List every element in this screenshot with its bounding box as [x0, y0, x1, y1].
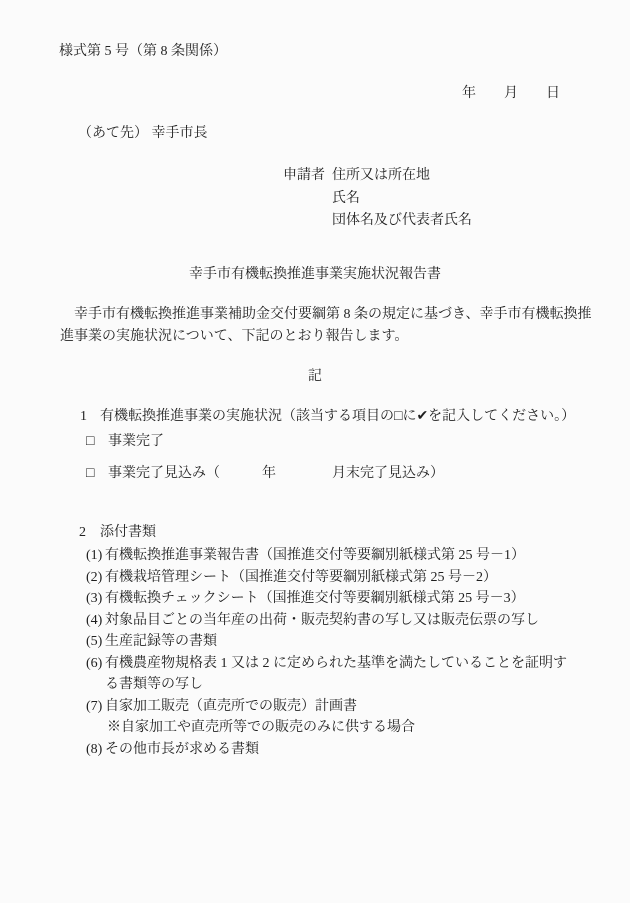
form-number: 様式第 5 号（第 8 条関係） — [59, 44, 227, 60]
checkbox-project-complete-label: 事業完了 — [108, 434, 164, 450]
applicant-label: 申請者 — [283, 168, 325, 184]
attachment-item-2-text: 有機栽培管理シート（国推進交付等要綱別紙様式第 25 号－2） — [105, 570, 497, 586]
attachment-item-6-continuation: る書類等の写し — [105, 677, 203, 693]
addressee: （あて先） 幸手市長 — [78, 126, 208, 142]
section1-heading: 有機転換推進事業の実施状況（該当する項目の□に✔を記入してください。） — [100, 409, 575, 425]
applicant-address-label: 住所又は所在地 — [332, 168, 430, 184]
body-paragraph-line-1: 幸手市有機転換推進事業補助金交付要綱第 8 条の規定に基づき、幸手市有機転換推 — [60, 307, 591, 323]
section1-number: 1 — [80, 409, 87, 425]
attachment-item-7-note: ※自家加工や直売所等での販売のみに供する場合 — [107, 720, 415, 736]
attachment-item-3-number: (3) — [86, 591, 102, 607]
section2-number: 2 — [79, 525, 86, 541]
applicant-org-label: 団体名及び代表者氏名 — [332, 213, 472, 229]
attachment-item-8-text: その他市長が求める書類 — [105, 742, 259, 758]
checkbox-expected-complete-label: 事業完了見込み（ 年 月末完了見込み） — [108, 466, 444, 482]
attachment-item-3-text: 有機転換チェックシート（国推進交付等要綱別紙様式第 25 号－3） — [105, 591, 525, 607]
attachment-item-5-number: (5) — [86, 634, 102, 650]
document-page: { "page": { "bg": "#fbfbfb", "ink": "#1f… — [0, 0, 630, 903]
attachment-item-7-text: 自家加工販売（直売所での販売）計画書 — [105, 699, 357, 715]
attachment-item-7-number: (7) — [86, 699, 102, 715]
applicant-name-label: 氏名 — [332, 191, 360, 207]
attachment-item-6-text: 有機農産物規格表 1 又は 2 に定められた基準を満たしていることを証明す — [105, 656, 567, 672]
section2-heading: 添付書類 — [100, 525, 156, 541]
document-title: 幸手市有機転換推進事業実施状況報告書 — [0, 267, 630, 283]
checkbox-expected-complete[interactable]: □ — [86, 466, 94, 482]
attachment-item-8-number: (8) — [86, 742, 102, 758]
attachment-item-4-number: (4) — [86, 613, 102, 629]
attachment-item-6-number: (6) — [86, 656, 102, 672]
attachment-item-5-text: 生産記録等の書類 — [105, 634, 217, 650]
checkbox-project-complete[interactable]: □ — [86, 434, 94, 450]
attachment-item-1-text: 有機転換推進事業報告書（国推進交付等要綱別紙様式第 25 号－1） — [105, 548, 525, 564]
record-mark: 記 — [0, 369, 630, 385]
attachment-item-1-number: (1) — [86, 548, 102, 564]
attachment-item-2-number: (2) — [86, 570, 102, 586]
date-placeholder: 年 月 日 — [462, 86, 560, 102]
attachment-item-4-text: 対象品目ごとの当年産の出荷・販売契約書の写し又は販売伝票の写し — [105, 613, 539, 629]
body-paragraph-line-2: 進事業の実施状況について、下記のとおり報告します。 — [60, 329, 408, 345]
